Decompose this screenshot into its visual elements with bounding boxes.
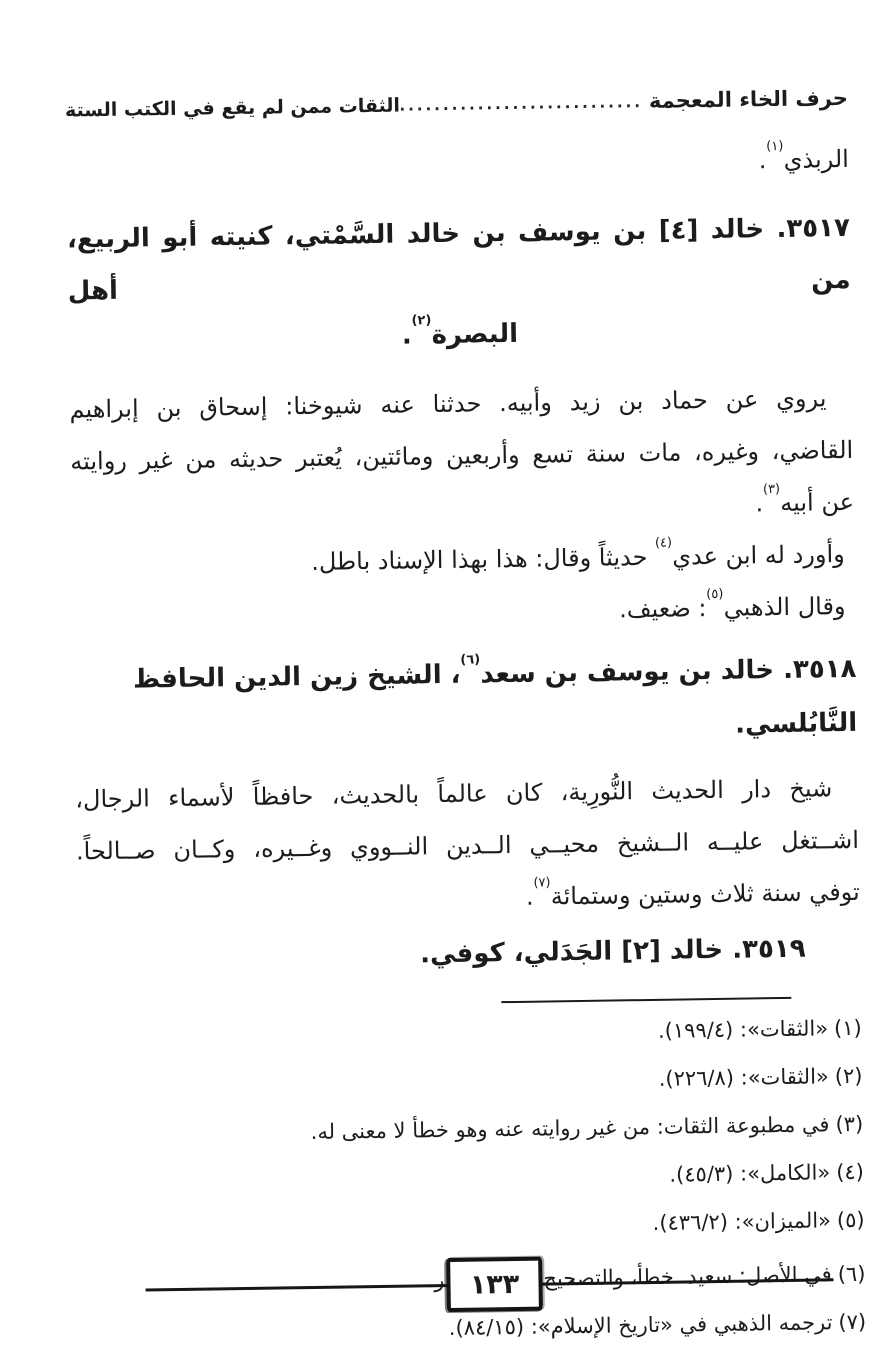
dhahabi-line: وقال الذهبي(٥): ضعيف. bbox=[72, 580, 856, 644]
entry-3518-heading-text: ٣٥١٨. خالد بن يوسف بن سعد bbox=[480, 654, 856, 690]
page-number: ١٣٣ bbox=[470, 1268, 520, 1300]
entry-3517-heading-tail: البصرة bbox=[431, 319, 518, 350]
footnote-number: (٧) bbox=[838, 1310, 866, 1334]
footnote-number: (٣) bbox=[835, 1112, 863, 1136]
scanned-book-page: حرف الخاء المعجمة ......................… bbox=[0, 0, 885, 1369]
footnote-text: «الثقات»: (٢٢٦/٨). bbox=[659, 1064, 829, 1091]
footnote-ref-7: (٧) bbox=[533, 875, 550, 890]
running-header: حرف الخاء المعجمة ......................… bbox=[64, 0, 849, 122]
entry-3519-heading: ٣٥١٩. خالد [٢] الجَدَلي، كوفي. bbox=[77, 922, 861, 986]
footnote-number: (٤) bbox=[836, 1160, 864, 1184]
period: . bbox=[759, 146, 767, 174]
continuation-text: الربذي bbox=[783, 145, 849, 174]
footnote-number: (١) bbox=[834, 1016, 862, 1040]
footnote-text: «الثقات»: (١٩٩/٤). bbox=[658, 1016, 828, 1043]
footnote-ref-5: (٥) bbox=[706, 587, 723, 602]
footnote-ref-3: (٣) bbox=[763, 482, 780, 497]
footnote-text: ترجمه الذهبي في «تاريخ الإسلام»: (٨٤/١٥)… bbox=[449, 1310, 833, 1340]
page-number-box: ١٣٣ bbox=[446, 1257, 543, 1312]
paragraph-text: وقال الذهبي bbox=[723, 592, 845, 622]
paragraph-text: توفي سنة ثلاث وستين وستمائة bbox=[551, 878, 860, 911]
footnote-number: (٦) bbox=[838, 1262, 866, 1286]
paragraph-text: عن أبيه bbox=[780, 488, 854, 517]
footnote-text: في مطبوعة الثقات: من غير روايته عنه وهو … bbox=[310, 1112, 829, 1144]
period: . bbox=[526, 883, 534, 911]
paragraph-text: حديثاً وقال: هذا بهذا الإسناد باطل. bbox=[311, 543, 655, 576]
footnote-5: (٥)«الميزان»: (٤٣٦/٢). bbox=[81, 1196, 865, 1256]
footnote-text: «الكامل»: (٤٥/٣). bbox=[669, 1160, 830, 1186]
footnote-number: (٢) bbox=[835, 1064, 863, 1088]
header-book-title: الثقات ممن لم يقع في الكتب الستة bbox=[65, 95, 400, 122]
footnote-text: «الميزان»: (٤٣٦/٢). bbox=[652, 1208, 831, 1235]
footnote-ref-1: (١) bbox=[766, 139, 783, 154]
entry-3517-heading-line1: ٣٥١٧. خالد [٤] بن يوسف بن خالد السَّمْتي… bbox=[67, 202, 851, 318]
page-content: حرف الخاء المعجمة ......................… bbox=[0, 0, 885, 1369]
footnote-ref-2: (٢) bbox=[411, 313, 431, 328]
continuation-line-rabadhi: الربذي(١). bbox=[66, 134, 850, 196]
entry-3518-heading: ٣٥١٨. خالد بن يوسف بن سعد(٦)، الشيخ زين … bbox=[73, 642, 858, 762]
paragraph-text: : ضعيف. bbox=[619, 594, 707, 623]
footnote-number: (٥) bbox=[837, 1208, 865, 1232]
footnote-ref-4: (٤) bbox=[655, 536, 672, 551]
header-chapter-title: حرف الخاء المعجمة bbox=[649, 86, 848, 113]
footnote-separator-rule bbox=[501, 997, 791, 1003]
paragraph-text: وأورد له ابن عدي bbox=[672, 540, 845, 571]
footnote-ref-6: (٦) bbox=[460, 653, 480, 668]
header-dotted-leader: ........................................… bbox=[400, 93, 649, 117]
